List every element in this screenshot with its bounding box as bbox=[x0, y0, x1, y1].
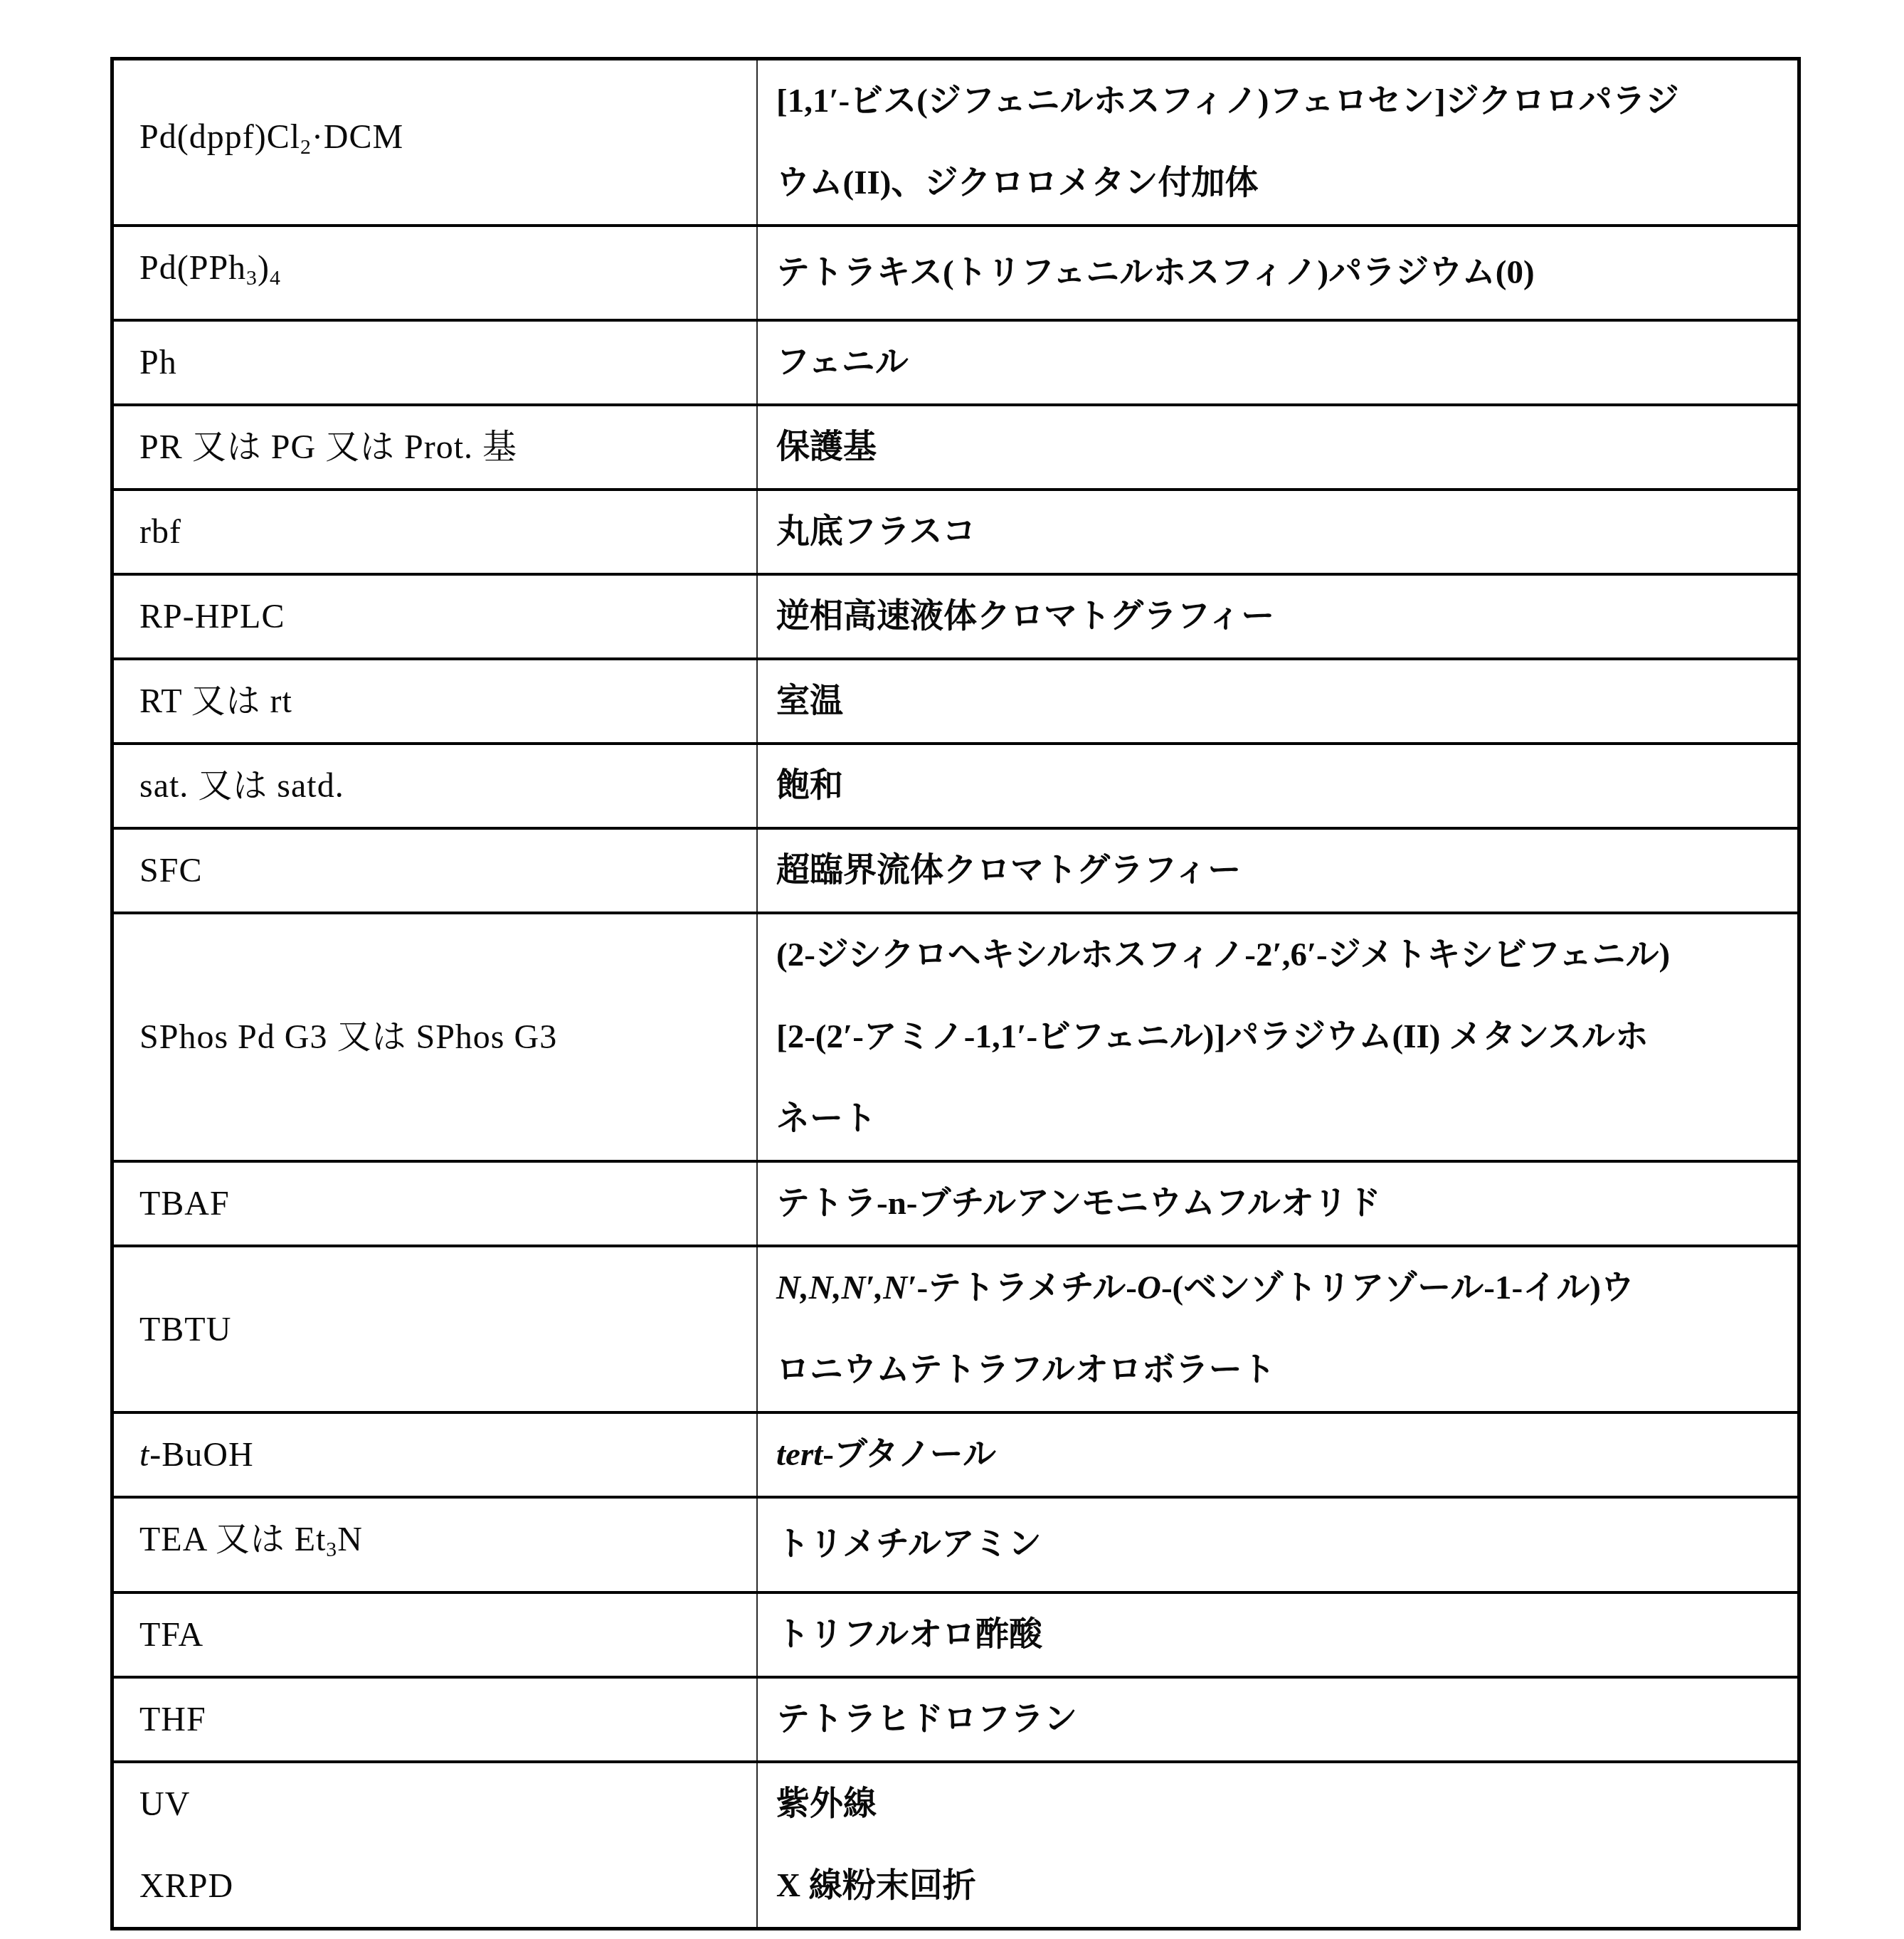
text-line: TEA 又は Et3N bbox=[139, 1499, 756, 1590]
text-run: [1,1′-ビス(ジフェニルホスフィノ)フェロセン]ジクロロパラジ bbox=[776, 83, 1679, 120]
text-run: TFA bbox=[139, 1616, 203, 1654]
abbr-cell: THF bbox=[114, 1679, 758, 1760]
text-line: RP-HPLC bbox=[139, 576, 756, 657]
text-run: sat. 又は satd. bbox=[139, 767, 344, 805]
text-line: 逆相高速液体クロマトグラフィー bbox=[776, 576, 1797, 657]
text-line: (2-ジシクロヘキシルホスフィノ-2′,6′-ジメトキシビフェニル) bbox=[776, 914, 1797, 996]
text-run: -テトラメチル- bbox=[916, 1269, 1137, 1306]
text-line: THF bbox=[139, 1679, 756, 1760]
table-row: TEA 又は Et3Nトリメチルアミン bbox=[114, 1496, 1797, 1590]
text-line: 飽和 bbox=[776, 745, 1797, 827]
text-run: -ブタノール bbox=[823, 1436, 996, 1473]
definition-cell: 丸底フラスコ bbox=[758, 491, 1797, 573]
definition-cell: 紫外線X 線粉末回折 bbox=[758, 1763, 1797, 1927]
text-line: 保護基 bbox=[776, 406, 1797, 488]
table-row: TBTUN,N,N′,N′-テトラメチル-O-(ベンゾトリアゾール-1-イル)ウ… bbox=[114, 1245, 1797, 1411]
document-page: Pd(dppf)Cl2·DCM[1,1′-ビス(ジフェニルホスフィノ)フェロセン… bbox=[0, 0, 1904, 1939]
table-row: RT 又は rt室温 bbox=[114, 657, 1797, 742]
abbr-cell: SPhos Pd G3 又は SPhos G3 bbox=[114, 914, 758, 1160]
text-run: 飽和 bbox=[776, 767, 843, 804]
text-run: Ph bbox=[139, 344, 177, 381]
text-run: -BuOH bbox=[149, 1436, 253, 1474]
text-line: PR 又は PG 又は Prot. 基 bbox=[139, 406, 756, 488]
text-line: [1,1′-ビス(ジフェニルホスフィノ)フェロセン]ジクロロパラジ bbox=[776, 60, 1797, 142]
definition-cell: 逆相高速液体クロマトグラフィー bbox=[758, 576, 1797, 657]
text-run: UV bbox=[139, 1785, 190, 1823]
text-run: t bbox=[139, 1436, 149, 1474]
text-run: ロニウムテトラフルオロボラート bbox=[776, 1351, 1276, 1388]
text-run: 紫外線 bbox=[776, 1785, 877, 1822]
text-run: テトラキス(トリフェニルホスフィノ)パラジウム(0) bbox=[776, 254, 1535, 291]
text-run: テトラヒドロフラン bbox=[776, 1701, 1077, 1738]
table-row: RP-HPLC逆相高速液体クロマトグラフィー bbox=[114, 573, 1797, 657]
text-line: TBTU bbox=[139, 1289, 756, 1370]
abbr-cell: TBTU bbox=[114, 1247, 758, 1411]
table-row: Pd(PPh3)4テトラキス(トリフェニルホスフィノ)パラジウム(0) bbox=[114, 224, 1797, 319]
text-run: フェニル bbox=[776, 344, 909, 381]
text-line: TBAF bbox=[139, 1163, 756, 1245]
text-run: 4 bbox=[270, 266, 281, 290]
table-row: PR 又は PG 又は Prot. 基保護基 bbox=[114, 403, 1797, 488]
table-row: SPhos Pd G3 又は SPhos G3(2-ジシクロヘキシルホスフィノ-… bbox=[114, 912, 1797, 1160]
text-line: UV bbox=[139, 1763, 756, 1845]
text-line: RT 又は rt bbox=[139, 660, 756, 742]
abbr-cell: t-BuOH bbox=[114, 1414, 758, 1496]
abbr-cell: TFA bbox=[114, 1594, 758, 1676]
text-line: SFC bbox=[139, 830, 756, 912]
table-row: TBAFテトラ-n-ブチルアンモニウムフルオリド bbox=[114, 1160, 1797, 1245]
text-line: TFA bbox=[139, 1594, 756, 1676]
abbr-cell: rbf bbox=[114, 491, 758, 573]
definition-cell: テトラ-n-ブチルアンモニウムフルオリド bbox=[758, 1163, 1797, 1245]
definition-cell: トリフルオロ酢酸 bbox=[758, 1594, 1797, 1676]
text-line: XRPD bbox=[139, 1845, 756, 1927]
abbr-cell: Pd(PPh3)4 bbox=[114, 227, 758, 319]
text-line: X 線粉末回折 bbox=[776, 1845, 1797, 1927]
text-line: テトラキス(トリフェニルホスフィノ)パラジウム(0) bbox=[776, 232, 1797, 314]
text-line: Pd(dppf)Cl2·DCM bbox=[139, 96, 756, 188]
text-run: 超臨界流体クロマトグラフィー bbox=[776, 852, 1241, 889]
abbr-cell: TBAF bbox=[114, 1163, 758, 1245]
text-line: N,N,N′,N′-テトラメチル-O-(ベンゾトリアゾール-1-イル)ウ bbox=[776, 1247, 1797, 1329]
table-row: SFC超臨界流体クロマトグラフィー bbox=[114, 827, 1797, 912]
text-run: (2-ジシクロヘキシルホスフィノ-2′,6′-ジメトキシビフェニル) bbox=[776, 936, 1670, 973]
text-line: rbf bbox=[139, 491, 756, 573]
text-run: -(ベンゾトリアゾール-1-イル)ウ bbox=[1161, 1269, 1634, 1306]
text-line: 超臨界流体クロマトグラフィー bbox=[776, 830, 1797, 912]
text-run: ) bbox=[258, 249, 270, 287]
abbr-cell: PR 又は PG 又は Prot. 基 bbox=[114, 406, 758, 488]
text-run: Pd(dppf)Cl bbox=[139, 118, 300, 156]
text-run: 逆相高速液体クロマトグラフィー bbox=[776, 598, 1274, 635]
table-row: UVXRPD紫外線X 線粉末回折 bbox=[114, 1760, 1797, 1927]
text-line: sat. 又は satd. bbox=[139, 745, 756, 827]
table-row: Pd(dppf)Cl2·DCM[1,1′-ビス(ジフェニルホスフィノ)フェロセン… bbox=[114, 60, 1797, 224]
text-line: テトラ-n-ブチルアンモニウムフルオリド bbox=[776, 1163, 1797, 1245]
table-row: THFテトラヒドロフラン bbox=[114, 1676, 1797, 1760]
text-run: PR 又は PG 又は Prot. 基 bbox=[139, 428, 517, 466]
text-run: トリフルオロ酢酸 bbox=[776, 1616, 1042, 1653]
text-line: 紫外線 bbox=[776, 1763, 1797, 1845]
text-line: 丸底フラスコ bbox=[776, 491, 1797, 573]
table-row: TFAトリフルオロ酢酸 bbox=[114, 1591, 1797, 1676]
abbreviation-table: Pd(dppf)Cl2·DCM[1,1′-ビス(ジフェニルホスフィノ)フェロセン… bbox=[110, 57, 1801, 1930]
definition-cell: N,N,N′,N′-テトラメチル-O-(ベンゾトリアゾール-1-イル)ウロニウム… bbox=[758, 1247, 1797, 1411]
text-run: TBAF bbox=[139, 1185, 230, 1222]
definition-cell: (2-ジシクロヘキシルホスフィノ-2′,6′-ジメトキシビフェニル)[2-(2′… bbox=[758, 914, 1797, 1160]
abbr-cell: UVXRPD bbox=[114, 1763, 758, 1927]
text-run: 3 bbox=[246, 266, 258, 290]
text-run: N bbox=[337, 1521, 363, 1558]
text-line: Pd(PPh3)4 bbox=[139, 227, 756, 319]
text-run: O bbox=[1137, 1269, 1161, 1306]
text-run: TEA 又は Et bbox=[139, 1521, 326, 1558]
text-run: ウム(II)、ジクロロメタン付加体 bbox=[776, 164, 1258, 201]
text-line: tert-ブタノール bbox=[776, 1414, 1797, 1496]
definition-cell: [1,1′-ビス(ジフェニルホスフィノ)フェロセン]ジクロロパラジウム(II)、… bbox=[758, 60, 1797, 224]
text-run: ·DCM bbox=[312, 118, 403, 156]
abbr-cell: SFC bbox=[114, 830, 758, 912]
definition-cell: 飽和 bbox=[758, 745, 1797, 827]
abbr-cell: Pd(dppf)Cl2·DCM bbox=[114, 60, 758, 224]
text-line: 室温 bbox=[776, 660, 1797, 742]
text-line: Ph bbox=[139, 322, 756, 403]
text-line: ウム(II)、ジクロロメタン付加体 bbox=[776, 142, 1797, 224]
text-run: 室温 bbox=[776, 682, 843, 719]
text-run: 丸底フラスコ bbox=[776, 513, 976, 550]
definition-cell: 室温 bbox=[758, 660, 1797, 742]
definition-cell: 保護基 bbox=[758, 406, 1797, 488]
text-run: 保護基 bbox=[776, 428, 877, 465]
definition-cell: トリメチルアミン bbox=[758, 1499, 1797, 1590]
text-run: ネート bbox=[776, 1100, 877, 1137]
text-line: [2-(2′-アミノ-1,1′-ビフェニル)]パラジウム(II) メタンスルホ bbox=[776, 996, 1797, 1078]
text-run: tert bbox=[776, 1436, 823, 1473]
text-line: トリフルオロ酢酸 bbox=[776, 1594, 1797, 1676]
text-run: RT 又は rt bbox=[139, 682, 292, 720]
definition-cell: テトラヒドロフラン bbox=[758, 1679, 1797, 1760]
table-row: rbf丸底フラスコ bbox=[114, 488, 1797, 573]
text-line: t-BuOH bbox=[139, 1414, 756, 1496]
table-row: Phフェニル bbox=[114, 319, 1797, 403]
text-run: SFC bbox=[139, 852, 202, 889]
abbr-cell: sat. 又は satd. bbox=[114, 745, 758, 827]
text-run: SPhos Pd G3 又は SPhos G3 bbox=[139, 1018, 557, 1056]
text-run: 2 bbox=[300, 136, 312, 159]
definition-cell: 超臨界流体クロマトグラフィー bbox=[758, 830, 1797, 912]
table-row: sat. 又は satd.飽和 bbox=[114, 742, 1797, 827]
abbr-cell: RP-HPLC bbox=[114, 576, 758, 657]
text-run: THF bbox=[139, 1701, 206, 1738]
text-run: X 線粉末回折 bbox=[776, 1867, 976, 1904]
text-line: ネート bbox=[776, 1078, 1797, 1160]
text-run: テトラ-n-ブチルアンモニウムフルオリド bbox=[776, 1185, 1381, 1222]
text-run: N,N,N′,N′ bbox=[776, 1269, 916, 1306]
text-line: ロニウムテトラフルオロボラート bbox=[776, 1329, 1797, 1411]
text-line: テトラヒドロフラン bbox=[776, 1679, 1797, 1760]
abbr-cell: RT 又は rt bbox=[114, 660, 758, 742]
text-run: 3 bbox=[326, 1538, 337, 1562]
text-run: Pd(PPh bbox=[139, 249, 246, 287]
text-line: トリメチルアミン bbox=[776, 1504, 1797, 1585]
definition-cell: テトラキス(トリフェニルホスフィノ)パラジウム(0) bbox=[758, 227, 1797, 319]
text-line: SPhos Pd G3 又は SPhos G3 bbox=[139, 996, 756, 1078]
abbr-cell: Ph bbox=[114, 322, 758, 403]
text-run: [2-(2′-アミノ-1,1′-ビフェニル)]パラジウム(II) メタンスルホ bbox=[776, 1018, 1649, 1055]
definition-cell: tert-ブタノール bbox=[758, 1414, 1797, 1496]
text-run: XRPD bbox=[139, 1867, 233, 1905]
text-run: RP-HPLC bbox=[139, 598, 285, 635]
definition-cell: フェニル bbox=[758, 322, 1797, 403]
text-run: rbf bbox=[139, 513, 181, 551]
table-row: t-BuOHtert-ブタノール bbox=[114, 1411, 1797, 1496]
abbr-cell: TEA 又は Et3N bbox=[114, 1499, 758, 1590]
text-run: トリメチルアミン bbox=[776, 1526, 1042, 1563]
text-run: TBTU bbox=[139, 1311, 231, 1348]
text-line: フェニル bbox=[776, 322, 1797, 403]
